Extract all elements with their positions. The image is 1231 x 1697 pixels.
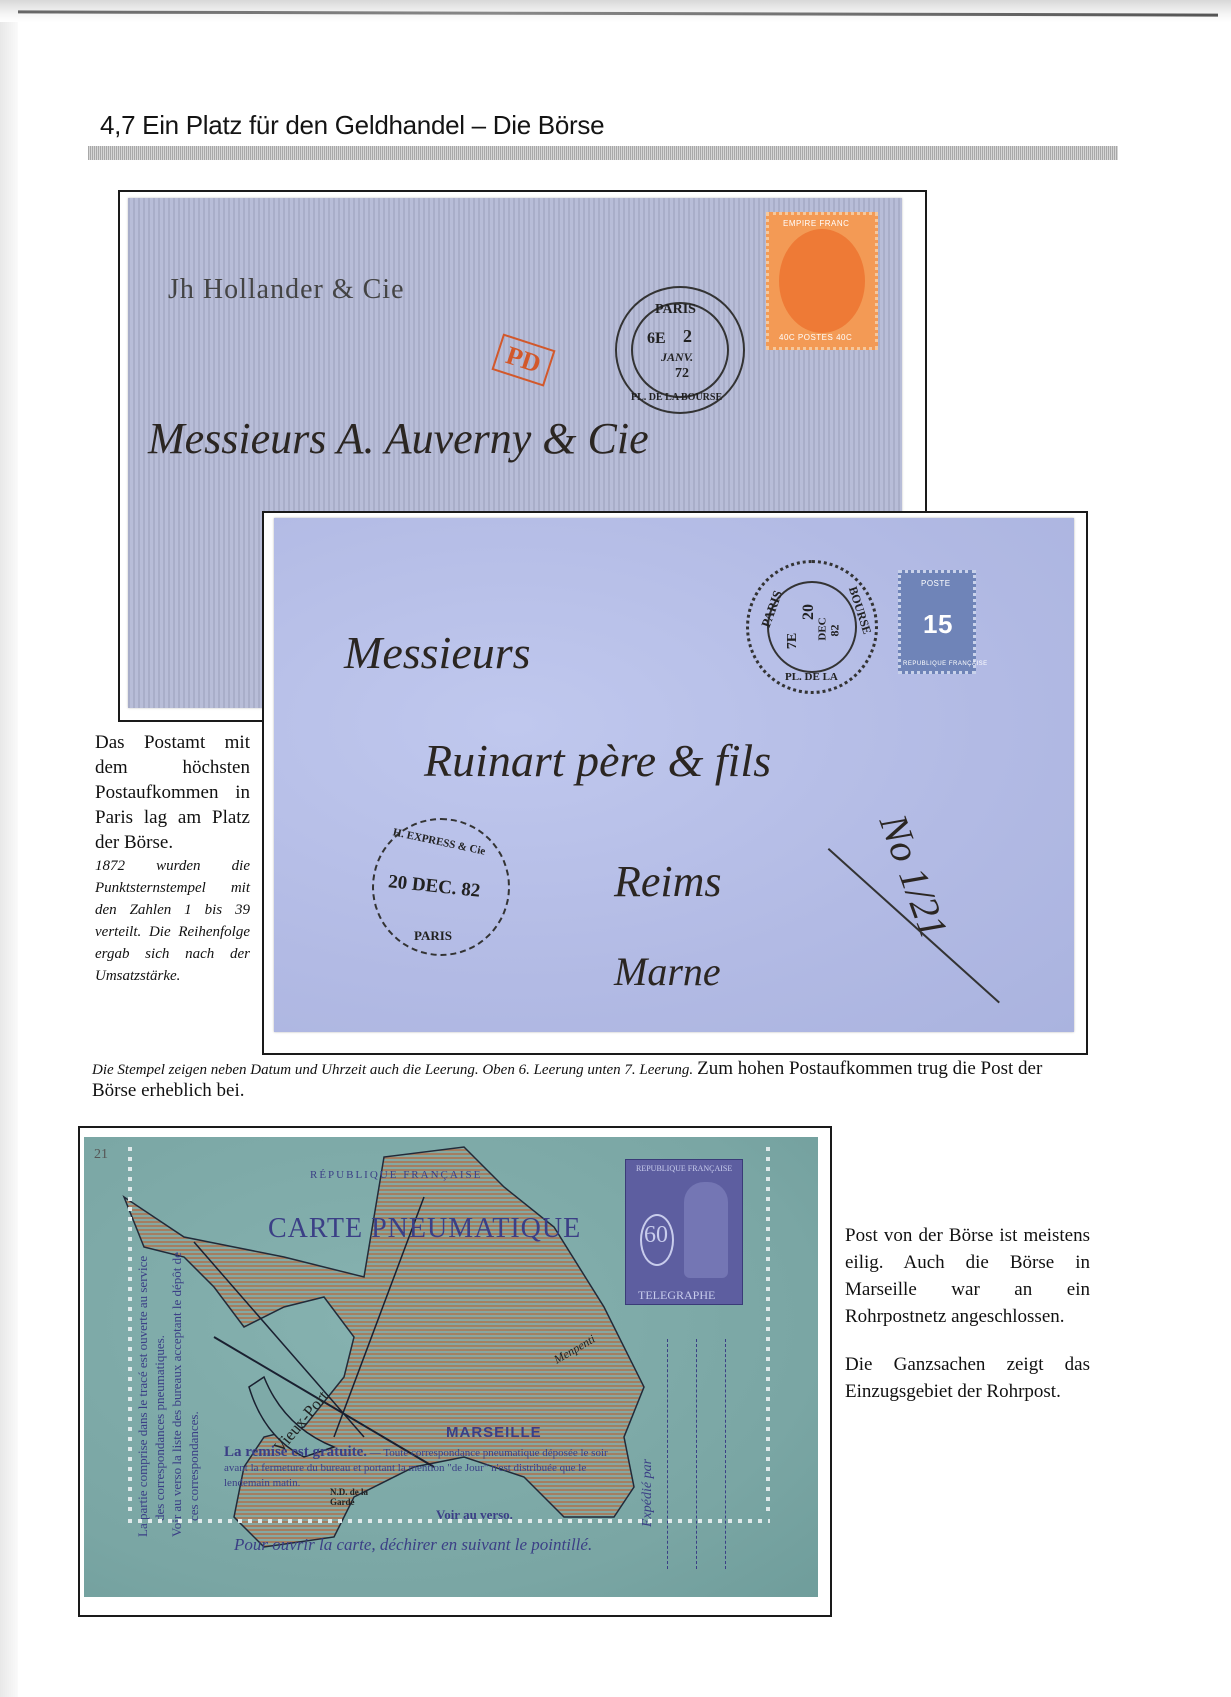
perforation-right (766, 1147, 770, 1517)
caption-right: Post von der Börse ist meistens eilig. A… (845, 1222, 1090, 1426)
address-line-3 (725, 1339, 727, 1569)
stamp-napoleon-40c: EMPIRE FRANC 40C POSTES 40C (766, 212, 878, 350)
address-line-messieurs: Messieurs (344, 626, 531, 679)
stamp-sage-15c: POSTE 15 REPUBLIQUE FRANÇAISE (898, 570, 976, 674)
caption-left-italic: 1872 wurden die Punktsternstempel mit de… (95, 855, 250, 987)
page-title: 4,7 Ein Platz für den Geldhandel – Die B… (100, 110, 604, 141)
caption-middle: Die Stempel zeigen neben Datum und Uhrze… (92, 1058, 1072, 1102)
receiver-stamp-express: H. EXPRESS & Cie 20 DEC. 82 PARIS (372, 818, 510, 956)
notice-text: La remise est gratuite. — Toute correspo… (224, 1445, 624, 1491)
carte-pneumatique: 21 RÉPUBLIQUE FRANÇAISE CARTE PNEUMATIQU… (84, 1137, 818, 1597)
caption-right-paragraph-1: Post von der Börse ist meistens eilig. A… (845, 1222, 1090, 1330)
title-underline-bar (88, 146, 1118, 160)
card-footer-instruction: Pour ouvrir la carte, déchirer en suivan… (234, 1535, 592, 1555)
address-line-reims: Reims (614, 856, 722, 907)
caption-left-normal: Das Postamt mit dem höchsten Postaufkomm… (95, 732, 250, 853)
address-line-ruinart: Ruinart père & fils (424, 734, 771, 787)
sender-handstamp: Jh Hollander & Cie (168, 274, 405, 306)
card-header: RÉPUBLIQUE FRANÇAISE (310, 1169, 482, 1181)
address-line-2 (696, 1339, 698, 1569)
pd-mark: PD (491, 333, 555, 386)
page-top-edge (0, 0, 1231, 22)
perforation-left (128, 1147, 132, 1517)
side-text: La partie comprise dans le tracé est ouv… (134, 1177, 224, 1537)
cover-2: PARIS BOURSE 7E 20 DEC 82 PL. DE LA POST… (274, 518, 1074, 1032)
map-label-marseille: MARSEILLE (446, 1424, 542, 1441)
postmark-paris-bourse-1872: PARIS 6E 2 JANV. 72 PL. DE LA BOURSE (615, 286, 745, 414)
address-line-marne: Marne (614, 948, 721, 995)
sender-label: Expédié par (640, 1459, 656, 1527)
notice-bold: La remise est gratuite. (224, 1444, 367, 1460)
address-line-1 (667, 1339, 669, 1569)
caption-right-paragraph-2: Die Ganzsachen zeigt das Einzugsgebiet d… (845, 1351, 1090, 1405)
caption-left: Das Postamt mit dem höchsten Postaufkomm… (95, 730, 250, 987)
stamp-telegraphe-60c: REPUBLIQUE FRANÇAISE 60 TELEGRAPHE (625, 1159, 743, 1305)
stamp-allegory-figure (684, 1182, 728, 1278)
postmark-paris-bourse-1882: PARIS BOURSE 7E 20 DEC 82 PL. DE LA (746, 560, 878, 694)
pencil-number: 21 (94, 1147, 108, 1163)
address-handwriting-1: Messieurs A. Auverny & Cie (148, 413, 649, 464)
perforation-bottom (128, 1519, 770, 1523)
card-title: CARTE PNEUMATIQUE (268, 1213, 581, 1245)
page-left-edge (0, 0, 18, 1697)
caption-middle-italic: Die Stempel zeigen neben Datum und Uhrze… (92, 1062, 693, 1078)
